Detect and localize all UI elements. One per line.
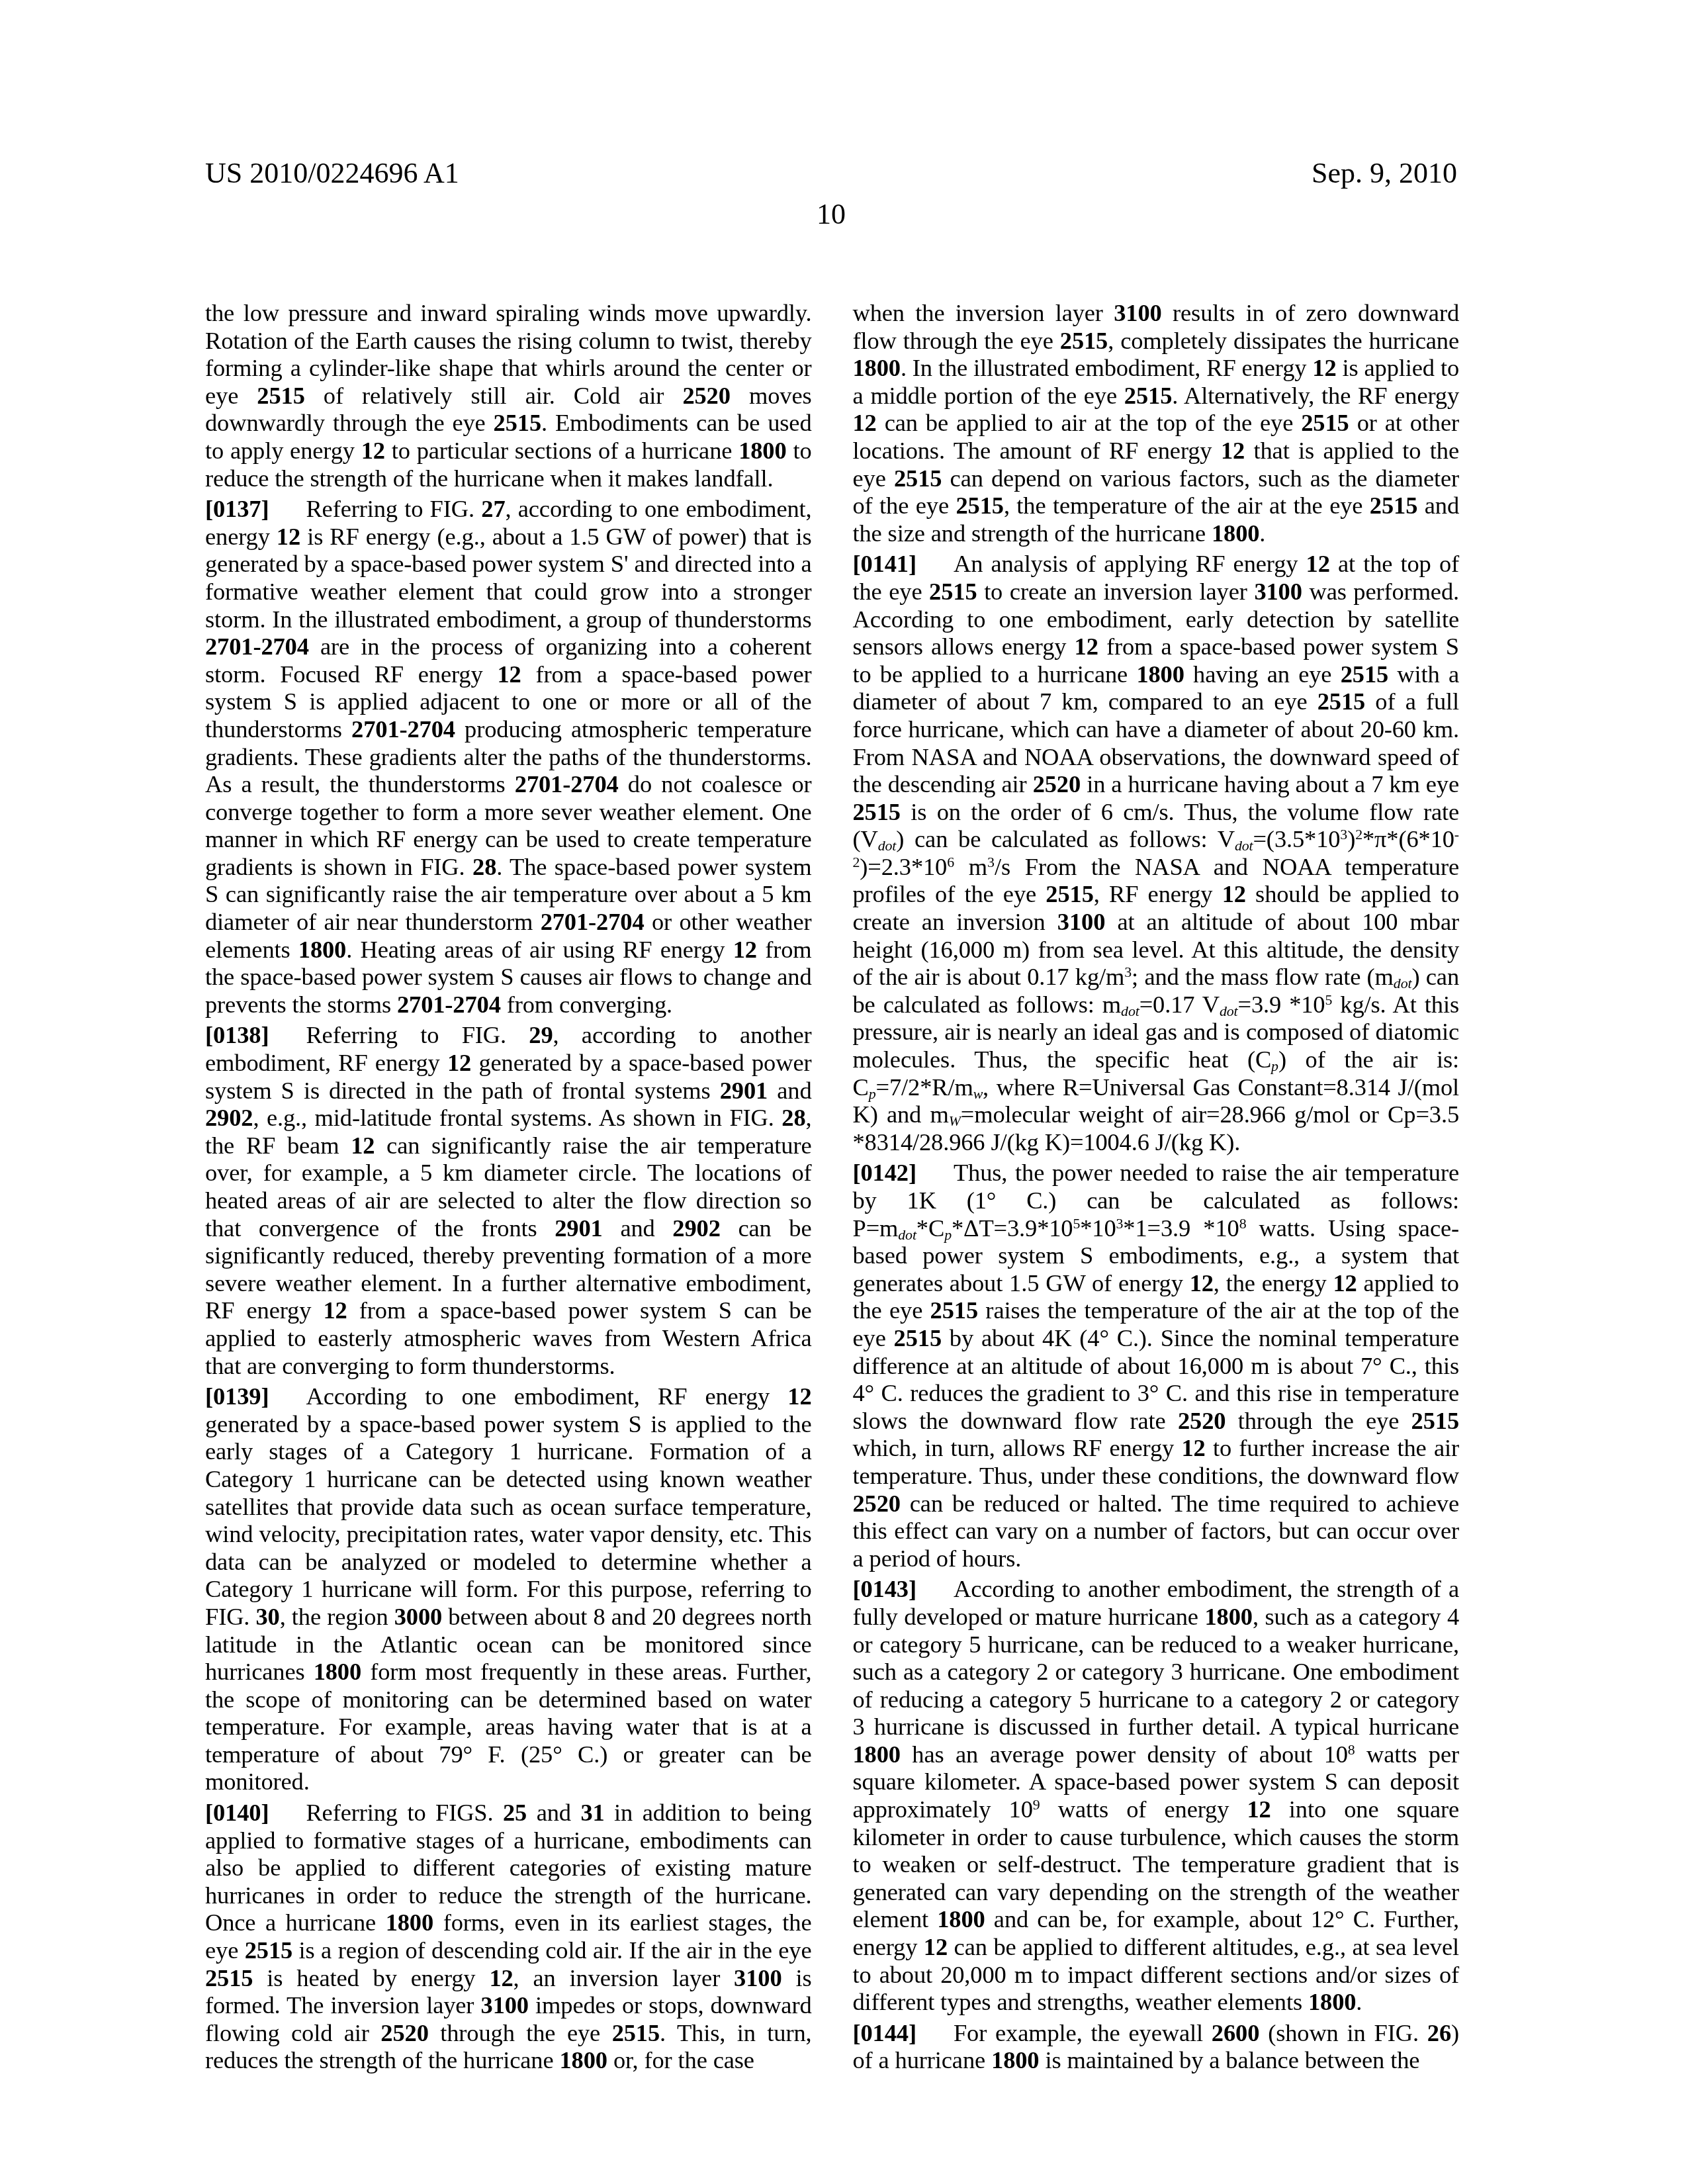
paragraph-number: [0143] <box>853 1575 916 1602</box>
numbered-paragraph: [0140]Referring to FIGS. 25 and 31 in ad… <box>205 1799 812 2074</box>
paragraph-number: [0137] <box>205 495 269 522</box>
paragraph-number: [0144] <box>853 2019 916 2046</box>
left-column: the low pressure and inward spiraling wi… <box>205 299 812 2074</box>
paragraph-number: [0138] <box>205 1021 269 1048</box>
numbered-paragraph: [0144]For example, the eyewall 2600 (sho… <box>853 2019 1460 2074</box>
page-number: 10 <box>0 189 1694 230</box>
paragraph-number: [0141] <box>853 550 916 577</box>
right-column: when the inversion layer 3100 results in… <box>853 299 1460 2074</box>
patent-page: US 2010/0224696 A1 Sep. 9, 2010 10 the l… <box>0 0 1694 2184</box>
numbered-paragraph: [0138]Referring to FIG. 29, according to… <box>205 1021 812 1379</box>
numbered-paragraph: [0141]An analysis of applying RF energy … <box>853 550 1460 1156</box>
patent-publication-number: US 2010/0224696 A1 <box>205 158 459 189</box>
paragraph-number: [0139] <box>205 1383 269 1410</box>
text-body: the low pressure and inward spiraling wi… <box>0 230 1694 2074</box>
continuation-paragraph: when the inversion layer 3100 results in… <box>853 299 1460 547</box>
numbered-paragraph: [0139]According to one embodiment, RF en… <box>205 1383 812 1796</box>
continuation-paragraph: the low pressure and inward spiraling wi… <box>205 299 812 492</box>
numbered-paragraph: [0137]Referring to FIG. 27, according to… <box>205 495 812 1018</box>
numbered-paragraph: [0143]According to another embodiment, t… <box>853 1575 1460 2016</box>
numbered-paragraph: [0142]Thus, the power needed to raise th… <box>853 1159 1460 1572</box>
paragraph-number: [0142] <box>853 1159 916 1186</box>
publication-date: Sep. 9, 2010 <box>1312 158 1457 189</box>
paragraph-number: [0140] <box>205 1799 269 1826</box>
running-header: US 2010/0224696 A1 Sep. 9, 2010 <box>0 0 1694 189</box>
